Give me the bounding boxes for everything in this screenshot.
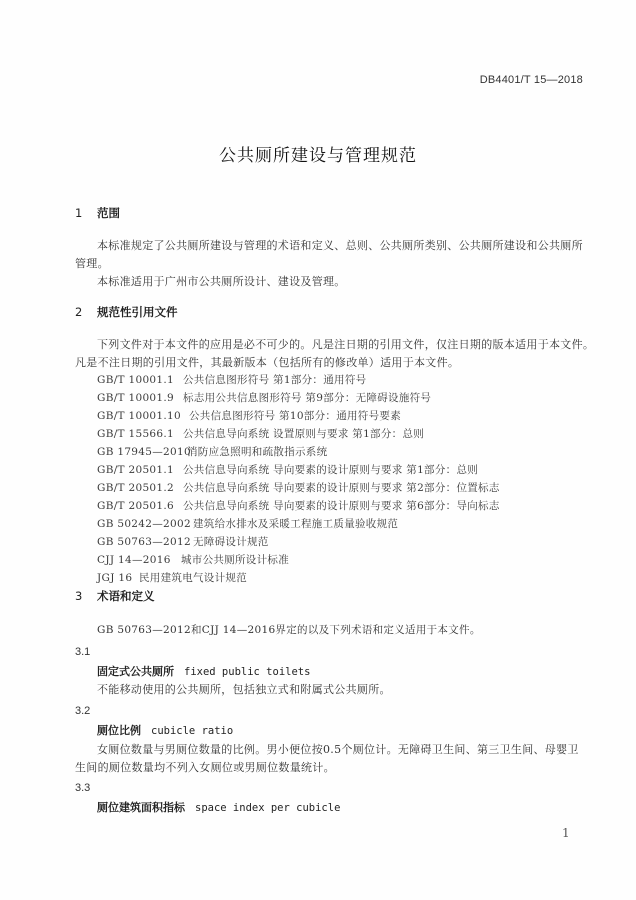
section-heading-scope: 1范围 (75, 205, 120, 221)
term-number: 3.3 (75, 782, 90, 794)
reference-item: GB 50763—2012无障碍设计规范 (97, 534, 269, 549)
section-number: 2 (75, 305, 97, 319)
term-title: 厕位建筑面积指标space index per cubicle (97, 799, 340, 815)
reference-item: CJJ 14—2016城市公共厕所设计标准 (97, 552, 289, 567)
document-title: 公共厕所建设与管理规范 (0, 141, 636, 166)
section-heading-normative-references: 2规范性引用文件 (75, 304, 178, 320)
standard-number: DB4401/T 15—2018 (0, 74, 583, 86)
reference-item: GB/T 20501.6公共信息导向系统 导向要素的设计原则与要求 第6部分：导… (97, 498, 500, 513)
term-number: 3.1 (75, 646, 90, 658)
section-number: 3 (75, 589, 97, 603)
reference-item: GB/T 10001.9标志用公共信息图形符号 第9部分：无障碍设施符号 (97, 390, 431, 405)
reference-item: GB 17945—2010消防应急照明和疏散指示系统 (97, 444, 327, 459)
document-page: DB4401/T 15—2018 公共厕所建设与管理规范 1范围 本标准规定了公… (0, 0, 636, 900)
paragraph: 下列文件对于本文件的应用是必不可少的。凡是注日期的引用文件，仅注日期的版本适用于… (97, 336, 594, 352)
section-title: 范围 (97, 206, 120, 220)
reference-item: GB 50242—2002建筑给水排水及采暖工程施工质量验收规范 (97, 516, 398, 531)
section-heading-terms: 3术语和定义 (75, 588, 155, 604)
term-title: 厕位比例cubicle ratio (97, 722, 233, 738)
term-number: 3.2 (75, 705, 90, 717)
paragraph: GB 50763—2012和CJJ 14—2016界定的以及下列术语和定义适用于… (97, 622, 481, 637)
reference-item: GB/T 20501.2公共信息导向系统 导向要素的设计原则与要求 第2部分：位… (97, 480, 500, 495)
section-number: 1 (75, 206, 97, 220)
term-definition: 生间的厕位数量均不列入女厕位或男厕位数量统计。 (75, 759, 335, 775)
reference-item: JGJ 16民用建筑电气设计规范 (97, 570, 247, 585)
reference-item: GB/T 15566.1公共信息导向系统 设置原则与要求 第1部分：总则 (97, 426, 424, 441)
paragraph: 凡是不注日期的引用文件，其最新版本（包括所有的修改单）适用于本文件。 (75, 354, 459, 370)
reference-item: GB/T 10001.10公共信息图形符号 第10部分：通用符号要素 (97, 408, 401, 423)
section-title: 规范性引用文件 (97, 305, 178, 319)
term-title: 固定式公共厕所fixed public toilets (97, 663, 310, 679)
paragraph: 本标准规定了公共厕所建设与管理的术语和定义、总则、公共厕所类别、公共厕所建设和公… (97, 237, 583, 253)
reference-item: GB/T 10001.1公共信息图形符号 第1部分：通用符号 (97, 372, 366, 387)
term-definition: 女厕位数量与男厕位数量的比例。男小便位按0.5个厕位计。无障碍卫生间、第三卫生间… (97, 741, 579, 757)
paragraph: 管理。 (75, 255, 109, 271)
paragraph: 本标准适用于广州市公共厕所设计、建设及管理。 (97, 273, 346, 289)
page-number: 1 (562, 826, 570, 840)
reference-item: GB/T 20501.1公共信息导向系统 导向要素的设计原则与要求 第1部分：总… (97, 462, 478, 477)
term-definition: 不能移动使用的公共厕所，包括独立式和附属式公共厕所。 (97, 681, 391, 697)
section-title: 术语和定义 (97, 589, 155, 603)
